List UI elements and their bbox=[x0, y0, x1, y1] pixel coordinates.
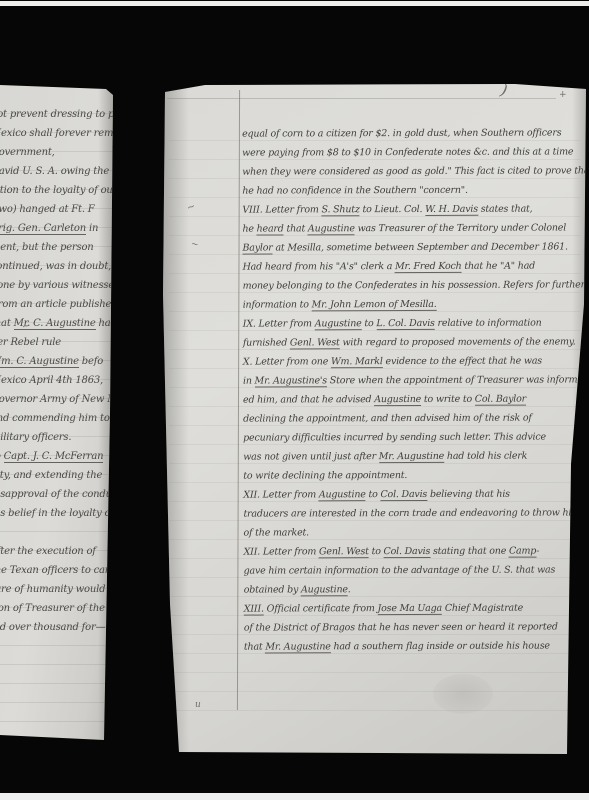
underlined-text-segment: Genl. West bbox=[319, 546, 369, 558]
manuscript-line: information to Mr. John Lemon of Mesilla… bbox=[243, 294, 586, 314]
manuscript-line: in Mr. Augustine's Store when the appoin… bbox=[243, 370, 586, 390]
text-segment: traducers are interested in the corn tra… bbox=[243, 507, 586, 519]
manuscript-line: X. Letter from one Wm. Markl evidence to… bbox=[243, 351, 586, 371]
manuscript-line: to write declining the appointment. bbox=[243, 465, 586, 485]
manuscript-line: when they were considered as good as gol… bbox=[242, 161, 586, 181]
manuscript-line: XII. Letter from Augustine to Col. Davis… bbox=[243, 484, 586, 504]
manuscript-line: ed him, and that he advised Augustine to… bbox=[243, 389, 586, 409]
underlined-text-segment: Col. Davis bbox=[384, 546, 431, 558]
text-segment: Governor Army of New Mexico, bbox=[0, 394, 114, 405]
scanner-edge-strip-bottom bbox=[0, 793, 589, 800]
text-segment: disapproval of the conduct, bbox=[0, 489, 114, 500]
underlined-text-segment: Mr. John Lemon of Mesilla. bbox=[312, 299, 437, 311]
underlined-text-segment: Jose Ma Uaga bbox=[377, 603, 442, 615]
underlined-text-segment: Augustine bbox=[308, 223, 355, 235]
text-segment: XII. Letter from bbox=[243, 489, 319, 500]
text-segment: Chief Magistrate bbox=[442, 603, 523, 614]
text-segment: continued, was in doubt, bbox=[0, 261, 111, 272]
text-segment: that bbox=[0, 318, 14, 329]
manuscript-line: equal of corn to a citizen for $2. in go… bbox=[242, 123, 586, 143]
text-segment: in bbox=[86, 223, 98, 234]
underlined-text-segment: W. H. Davis bbox=[425, 204, 478, 216]
underlined-text-segment: Wm. C. Augustine bbox=[0, 356, 79, 368]
text-segment: David U. S. A. owing the bbox=[0, 166, 109, 177]
text-segment: obtained by bbox=[244, 584, 301, 595]
underlined-text-segment: Genl. West bbox=[290, 337, 340, 349]
text-segment: of the market. bbox=[243, 527, 309, 538]
text-segment: stating that one bbox=[430, 546, 509, 557]
manuscript-line: der Rebel rule bbox=[0, 333, 114, 352]
text-segment: that bbox=[244, 642, 265, 653]
text-segment: when they were considered as good as gol… bbox=[242, 165, 586, 177]
text-segment: Official certificate from bbox=[264, 603, 378, 614]
pen-mark: + bbox=[559, 90, 567, 100]
manuscript-line: he heard that Augustine was Treasurer of… bbox=[242, 218, 586, 238]
text-segment: were paying from $8 to $10 in Confederat… bbox=[242, 146, 573, 158]
manuscript-line: money belonging to the Confederates in h… bbox=[243, 275, 586, 295]
text-segment: money belonging to the Confederates in h… bbox=[243, 279, 585, 291]
manuscript-line: that Mr. Augustine had a southern flag i… bbox=[244, 636, 586, 656]
manuscript-line: continued, was in doubt, bbox=[0, 257, 114, 276]
text-segment: tion of Treasurer of the bbox=[0, 603, 105, 614]
underlined-text-segment: Capt. J. C. McFerran bbox=[4, 451, 104, 463]
manuscript-line: military officers. bbox=[0, 428, 114, 447]
text-segment: declining the appointment, and then advi… bbox=[243, 413, 532, 425]
text-segment: believing that his bbox=[427, 489, 510, 500]
text-segment: had told his clerk bbox=[444, 451, 527, 462]
main-page-text-column: equal of corn to a citizen for $2. in go… bbox=[242, 123, 586, 656]
text-segment: information to bbox=[243, 299, 312, 310]
text-segment: furnished bbox=[243, 337, 290, 348]
text-segment: IX. Letter from bbox=[243, 318, 315, 329]
text-segment: Mexico shall forever rem- bbox=[0, 128, 114, 139]
manuscript-line: obtained by Augustine. bbox=[244, 579, 586, 599]
manuscript-line: gave him certain information to the adva… bbox=[244, 560, 586, 580]
text-segment: with regard to proposed movements of the… bbox=[340, 336, 576, 348]
text-segment: gave him certain information to the adva… bbox=[244, 565, 556, 577]
text-segment: and commending him to bbox=[0, 413, 110, 424]
manuscript-line: pecuniary difficulties incurred by sendi… bbox=[243, 427, 586, 447]
text-segment: ture of humanity would bbox=[0, 584, 105, 595]
manuscript-line: XII. Letter from Genl. West to Col. Davi… bbox=[244, 541, 586, 561]
text-segment: was Treasurer of the Territory under Col… bbox=[355, 222, 566, 234]
underlined-text-segment: Mr. Augustine bbox=[379, 451, 444, 463]
text-segment: of the District of Bragos that he has ne… bbox=[244, 622, 558, 634]
manuscript-line: (two) hanged at Ft. F bbox=[0, 200, 114, 219]
underlined-text-segment: S. Shutz bbox=[321, 204, 359, 216]
manuscript-line: Governor Army of New Mexico, bbox=[0, 390, 114, 409]
underlined-text-segment: Augustine bbox=[301, 584, 348, 596]
text-segment: the Texan officers to carry bbox=[0, 565, 114, 576]
manuscript-line: Wm. C. Augustine befo bbox=[0, 352, 114, 371]
manuscript-line: his belief in the loyalty of bbox=[0, 504, 114, 523]
manuscript-line: he had no confidence in the Southern "co… bbox=[242, 180, 586, 200]
underlined-text-segment: heard bbox=[257, 223, 284, 235]
text-segment: lation to the loyalty of our bbox=[0, 185, 114, 196]
manuscript-line: that Mr. C. Augustine had bbox=[0, 314, 114, 333]
paper-smudge bbox=[433, 674, 493, 714]
underlined-text-segment: L. Col. Davis bbox=[376, 318, 434, 330]
text-segment: in bbox=[243, 376, 255, 387]
manuscript-line: was not given until just after Mr. Augus… bbox=[243, 446, 586, 466]
text-segment: eld over thousand for— bbox=[0, 622, 105, 633]
manuscript-line: furnished Genl. West with regard to prop… bbox=[243, 332, 586, 352]
main-manuscript-page: equal of corn to a citizen for $2. in go… bbox=[163, 84, 586, 754]
left-partial-manuscript-page: not prevent dressing to purMexico shall … bbox=[0, 83, 114, 743]
text-segment: Store when the appointment of Treasurer … bbox=[327, 374, 581, 386]
text-segment: that he "A" had bbox=[462, 261, 536, 272]
manuscript-line: David U. S. A. owing the bbox=[0, 162, 114, 181]
left-page-edge-shadow bbox=[98, 83, 114, 743]
underlined-text-segment: XIII. bbox=[244, 604, 264, 616]
manuscript-line: VIII. Letter from S. Shutz to Lieut. Col… bbox=[242, 199, 586, 219]
underlined-text-segment: Brig. Gen. Carleton bbox=[0, 223, 86, 235]
manuscript-line: IX. Letter from Augustine to L. Col. Dav… bbox=[243, 313, 586, 333]
pen-mark: u bbox=[195, 700, 201, 710]
underlined-text-segment: Wm. Markl bbox=[331, 356, 383, 368]
text-segment: relative to information bbox=[435, 318, 542, 329]
manuscript-line: Mexico shall forever rem- bbox=[0, 124, 114, 143]
manuscript-line: lation to the loyalty of our bbox=[0, 181, 114, 200]
manuscript-line: and commending him to bbox=[0, 409, 114, 428]
text-segment: that bbox=[284, 223, 308, 234]
text-segment: done by various witnesses bbox=[0, 280, 114, 291]
manuscript-line: XIII. Official certificate from Jose Ma … bbox=[244, 598, 586, 618]
manuscript-line: to Capt. J. C. McFerran bbox=[0, 447, 114, 466]
manuscript-line: the Texan officers to carry bbox=[0, 561, 114, 580]
scanner-edge-strip-top bbox=[0, 1, 589, 6]
text-segment: X. Letter from one bbox=[243, 356, 331, 367]
manuscript-line: disapproval of the conduct, bbox=[0, 485, 114, 504]
text-segment: pecuniary difficulties incurred by sendi… bbox=[243, 432, 546, 444]
manuscript-line bbox=[0, 523, 114, 542]
text-segment: Had heard from his "A's" clerk a bbox=[243, 261, 395, 273]
text-segment: had a southern flag inside or outside hi… bbox=[331, 641, 550, 653]
text-segment: states that, bbox=[478, 204, 533, 215]
manuscript-line: traducers are interested in the corn tra… bbox=[243, 503, 586, 523]
text-segment: was not given until just after bbox=[243, 451, 379, 462]
text-segment: Government, bbox=[0, 147, 55, 158]
head-rule-line bbox=[167, 98, 556, 99]
text-segment: ment, but the person bbox=[0, 242, 94, 253]
text-segment: XII. Letter from bbox=[244, 546, 320, 557]
manuscript-line: alty, and extending the bbox=[0, 466, 114, 485]
manuscript-line: after the execution of bbox=[0, 542, 114, 561]
text-segment: not prevent dressing to pur bbox=[0, 109, 114, 120]
text-segment: at Mesilla, sometime between September a… bbox=[273, 241, 568, 253]
text-segment: to write to bbox=[421, 394, 475, 405]
text-segment: to bbox=[369, 546, 384, 557]
text-segment: he bbox=[242, 224, 256, 235]
manuscript-line: done by various witnesses bbox=[0, 276, 114, 295]
manuscript-line: Baylor at Mesilla, sometime between Sept… bbox=[242, 237, 586, 257]
underlined-text-segment: Col. Davis bbox=[380, 489, 427, 501]
manuscript-line: eld over thousand for— bbox=[0, 618, 114, 637]
text-segment: . bbox=[348, 584, 351, 595]
underlined-text-segment: Augustine bbox=[374, 394, 421, 406]
text-segment: der Rebel rule bbox=[0, 337, 61, 348]
underlined-text-segment: Augustine bbox=[315, 318, 362, 330]
manuscript-line: of the market. bbox=[243, 522, 586, 542]
manuscript-line: ture of humanity would bbox=[0, 580, 114, 599]
text-segment: From an article published bbox=[0, 299, 114, 310]
text-segment: to bbox=[362, 318, 377, 329]
text-segment: alty, and extending the bbox=[0, 470, 102, 481]
underlined-text-segment: Augustine bbox=[319, 489, 366, 501]
manuscript-line: tion of Treasurer of the bbox=[0, 599, 114, 618]
manuscript-line: declining the appointment, and then advi… bbox=[243, 408, 586, 428]
text-segment: to write declining the appointment. bbox=[243, 470, 407, 482]
text-segment: - bbox=[536, 546, 539, 557]
text-segment: ed him, and that he advised bbox=[243, 394, 374, 405]
manuscript-line: Had heard from his "A's" clerk a Mr. Fre… bbox=[243, 256, 586, 276]
left-page-text-column: not prevent dressing to purMexico shall … bbox=[0, 105, 114, 637]
text-segment: (two) hanged at Ft. F bbox=[0, 204, 95, 215]
underlined-text-segment: Camp bbox=[509, 546, 536, 558]
manuscript-line: From an article published bbox=[0, 295, 114, 314]
photographed-document-scan: not prevent dressing to purMexico shall … bbox=[0, 0, 589, 800]
text-segment: military officers. bbox=[0, 432, 71, 443]
text-segment: evidence to the effect that he was bbox=[383, 356, 542, 368]
text-segment: VIII. Letter from bbox=[242, 204, 321, 215]
text-segment: equal of corn to a citizen for $2. in go… bbox=[242, 127, 561, 139]
text-segment: Mexico April 4th 1863, bbox=[0, 375, 103, 386]
text-segment: to Lieut. Col. bbox=[360, 204, 425, 215]
manuscript-line: not prevent dressing to pur bbox=[0, 105, 114, 124]
manuscript-line: were paying from $8 to $10 in Confederat… bbox=[242, 142, 586, 162]
manuscript-line: Government, bbox=[0, 143, 114, 162]
manuscript-line: of the District of Bragos that he has ne… bbox=[244, 617, 586, 637]
text-segment: after the execution of bbox=[0, 546, 96, 557]
text-segment: he had no confidence in the Southern "co… bbox=[242, 185, 468, 197]
underlined-text-segment: Mr. Augustine bbox=[265, 641, 330, 653]
underlined-text-segment: Mr. Fred Koch bbox=[395, 261, 462, 273]
text-segment: to bbox=[366, 489, 381, 500]
manuscript-line: Mexico April 4th 1863, bbox=[0, 371, 114, 390]
manuscript-line: ment, but the person bbox=[0, 238, 114, 257]
text-segment: his belief in the loyalty of bbox=[0, 508, 114, 519]
manuscript-line: Brig. Gen. Carleton in bbox=[0, 219, 114, 238]
underlined-text-segment: Col. Baylor bbox=[475, 394, 526, 406]
underlined-text-segment: Mr. Augustine's bbox=[255, 375, 327, 387]
underlined-text-segment: Baylor bbox=[242, 242, 272, 254]
